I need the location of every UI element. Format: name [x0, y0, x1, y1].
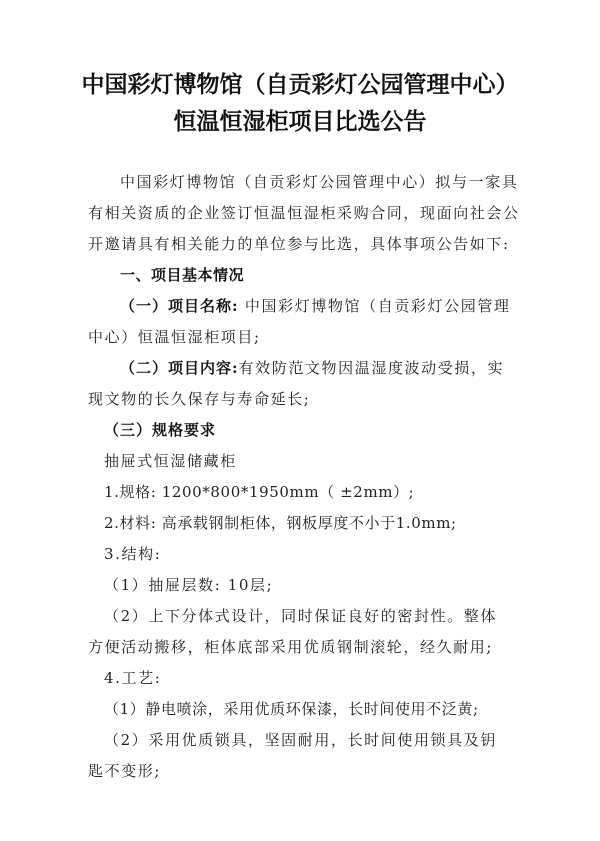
item1-label: （一）项目名称:: [120, 297, 239, 315]
structure-sub-1: （1）抽屉层数: 10层;: [104, 575, 534, 595]
product-name: 抽屉式恒湿储藏柜: [104, 451, 534, 471]
material-line: 2.材料: 高承载钢制柜体，钢板厚度不小于1.0mm;: [104, 513, 534, 533]
item2-label: （二）项目内容:: [120, 359, 239, 377]
item1-text: 中国彩灯博物馆（自贡彩灯公园管理: [239, 297, 511, 315]
craft-sub-2-line-2: 匙不变形;: [88, 761, 518, 781]
item1-line-2: 中心）恒温恒湿柜项目;: [88, 327, 518, 347]
intro-line-1: 中国彩灯博物馆（自贡彩灯公园管理中心）拟与一家具: [120, 172, 550, 192]
document-page: 中国彩灯博物馆（自贡彩灯公园管理中心） 恒温恒湿柜项目比选公告 中国彩灯博物馆（…: [0, 0, 600, 841]
craft-sub-1: （1）静电喷涂，采用优质环保漆，长时间使用不泛黄;: [104, 699, 534, 719]
item1-line-1: （一）项目名称: 中国彩灯博物馆（自贡彩灯公园管理: [120, 296, 550, 316]
structure-sub-2-line-1: （2）上下分体式设计，同时保证良好的密封性。整体: [104, 606, 534, 626]
item3-heading: （三）规格要求: [104, 420, 534, 440]
title-line-2: 恒温恒湿柜项目比选公告: [0, 103, 600, 136]
intro-line-3: 开邀请具有相关能力的单位参与比选，具体事项公告如下:: [88, 234, 518, 254]
section-heading: 一、项目基本情况: [120, 265, 550, 285]
intro-line-2: 有相关资质的企业签订恒温恒湿柜采购合同，现面向社会公: [88, 203, 518, 223]
craft-heading: 4.工艺:: [104, 668, 534, 688]
craft-sub-2-line-1: （2）采用优质锁具，坚固耐用，长时间使用锁具及钥: [104, 730, 534, 750]
structure-sub-2-line-2: 方便活动搬移，柜体底部采用优质钢制滚轮，经久耐用;: [88, 637, 518, 657]
title-line-1: 中国彩灯博物馆（自贡彩灯公园管理中心）: [0, 66, 600, 99]
spec-line: 1.规格: 1200*800*1950mm（ ±2mm）;: [104, 482, 534, 502]
item2-line-1: （二）项目内容:有效防范文物因温湿度波动受损，实: [120, 358, 550, 378]
structure-heading: 3.结构:: [104, 544, 534, 564]
item2-text: 有效防范文物因温湿度波动受损，实: [239, 359, 505, 377]
item2-line-2: 现文物的长久保存与寿命延长;: [88, 389, 518, 409]
